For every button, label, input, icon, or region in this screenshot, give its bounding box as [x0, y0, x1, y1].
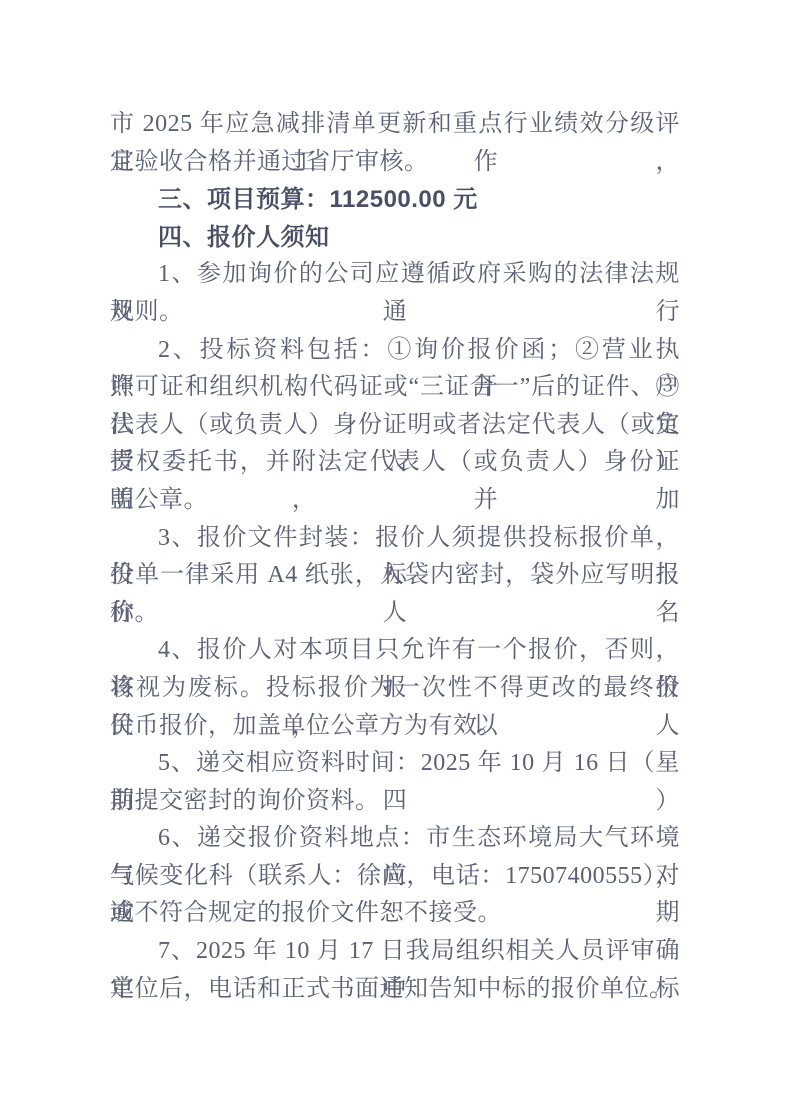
doc-line-item-1: 1、参加询价的公司应遵循政府采购的法律法规及通行 — [110, 256, 680, 294]
doc-line: 许可证和组织机构代码证或“三证合一”后的证件、③法定 — [110, 369, 680, 407]
section-heading-bidder-notes: 四、报价人须知 — [110, 219, 680, 257]
doc-line: 单位后，电话和正式书面通知告知中标的报价单位。 — [110, 971, 680, 1009]
doc-line-item-2: 2、投标资料包括：①询价报价函；②营业执照、开户 — [110, 332, 680, 370]
doc-line-item-4: 4、报价人对本项目只允许有一个报价，否则，该报价 — [110, 632, 680, 670]
doc-line: 市 2025 年应急减排清单更新和重点行业绩效分级评定工作， — [110, 106, 680, 144]
doc-line-item-7: 7、2025 年 10 月 17 日我局组织相关人员评审确定中标 — [110, 933, 680, 971]
doc-line: 气候变化科（联系人：徐尚，电话：17507400555），逾期 — [110, 858, 680, 896]
doc-line-item-5: 5、递交相应资料时间：2025 年 10 月 16 日（星期四） — [110, 745, 680, 783]
doc-line: 价单一律采用 A4 纸张，入袋内密封，袋外应写明报价人名 — [110, 557, 680, 595]
doc-line: 将视为废标。投标报价为一次性不得更改的最终报价，以人 — [110, 670, 680, 708]
doc-line: 代表人（或负责人）身份证明或者法定代表人（或负责人） — [110, 407, 680, 445]
doc-line-item-3: 3、报价文件封装：报价人须提供投标报价单，投标报 — [110, 520, 680, 558]
doc-line-item-6: 6、递交报价资料地点：市生态环境局大气环境与应对 — [110, 820, 680, 858]
scanned-document-page: 市 2025 年应急减排清单更新和重点行业绩效分级评定工作， 且验收合格并通过省… — [0, 0, 792, 1108]
document-body: 市 2025 年应急减排清单更新和重点行业绩效分级评定工作， 且验收合格并通过省… — [110, 106, 680, 1008]
doc-line: 授权委托书，并附法定代表人（或负责人）身份证明，并加 — [110, 444, 680, 482]
section-heading-budget: 三、项目预算：112500.00 元 — [110, 181, 680, 219]
